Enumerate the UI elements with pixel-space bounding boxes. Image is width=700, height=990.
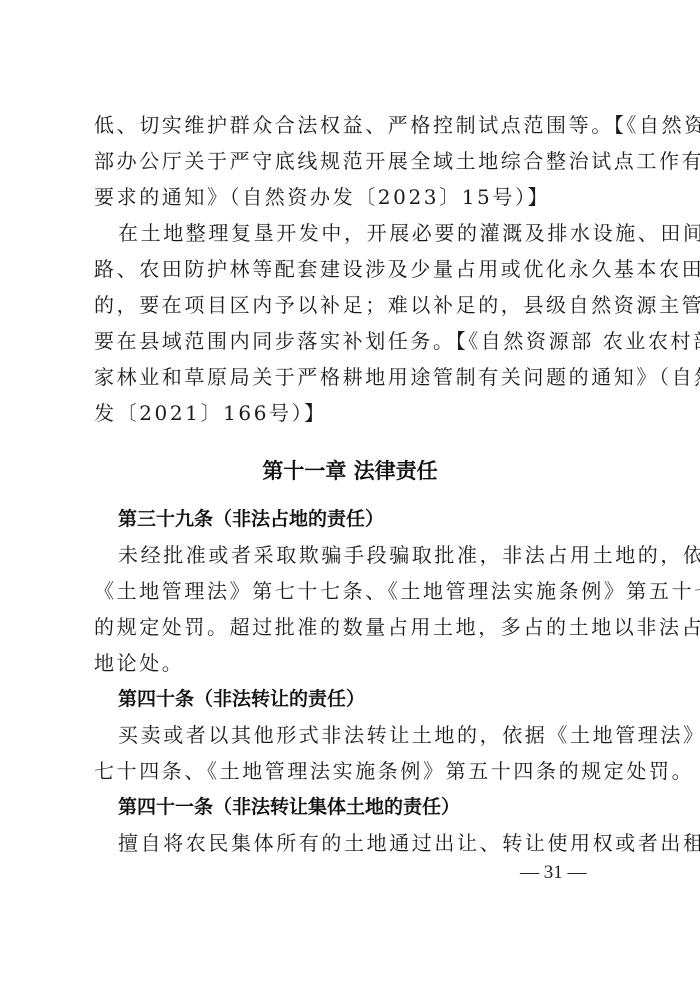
article-title: 第三十九条（非法占地的责任） <box>118 507 384 531</box>
article-line: 的规定处罚。超过批准的数量占用土地，多占的土地以非法占用土 <box>94 615 602 639</box>
page-number: — 31 — <box>520 862 587 884</box>
article-line: 买卖或者以其他形式非法转让土地的，依据《土地管理法》第 <box>118 723 602 747</box>
paragraph-line: 家林业和草原局关于严格耕地用途管制有关问题的通知》（自然资 <box>94 365 602 389</box>
article-line: 地论处。 <box>94 651 602 675</box>
document-page: 低、切实维护群众合法权益、严格控制试点范围等。【《自然资源 部办公厅关于严守底线… <box>0 0 700 990</box>
article-line: 未经批准或者采取欺骗手段骗取批准，非法占用土地的，依据 <box>118 543 602 567</box>
paragraph-line: 路、农田防护林等配套建设涉及少量占用或优化永久基本农田布局 <box>94 257 602 281</box>
article-line: 擅自将农民集体所有的土地通过出让、转让使用权或者出租等 <box>118 831 602 855</box>
article-line: 《土地管理法》第七十七条、《土地管理法实施条例》第五十七条 <box>94 579 602 603</box>
paragraph-line: 发〔2021〕166号）】 <box>94 401 602 425</box>
article-title: 第四十条（非法转让的责任） <box>118 687 365 711</box>
paragraph-line: 要求的通知》（自然资办发〔2023〕15号）】 <box>94 185 602 209</box>
article-title: 第四十一条（非法转让集体土地的责任） <box>118 795 460 819</box>
paragraph-line: 的，要在项目区内予以补足；难以补足的，县级自然资源主管部门 <box>94 293 602 317</box>
paragraph-line: 在土地整理复垦开发中，开展必要的灌溉及排水设施、田间道 <box>118 221 602 245</box>
paragraph-line: 部办公厅关于严守底线规范开展全域土地综合整治试点工作有关 <box>94 149 602 173</box>
paragraph-line: 低、切实维护群众合法权益、严格控制试点范围等。【《自然资源 <box>94 113 602 137</box>
paragraph-line: 要在县域范围内同步落实补划任务。【《自然资源部 农业农村部 国 <box>94 329 602 353</box>
article-line: 七十四条、《土地管理法实施条例》第五十四条的规定处罚。 <box>94 759 602 783</box>
chapter-heading: 第十一章 法律责任 <box>0 458 700 484</box>
